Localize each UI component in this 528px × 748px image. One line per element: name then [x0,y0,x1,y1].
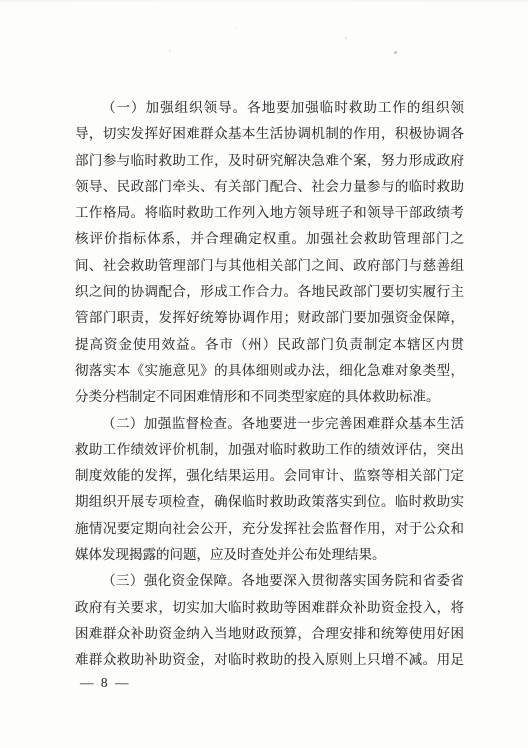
text-line: 导，切实发挥好困难群众基本生活协调机制的作用，积极协调各 [75,121,464,147]
scan-speck [169,50,171,52]
scan-speck [394,51,397,54]
text-line: 期组织开展专项检查，确保临时救助政策落实到位。临时救助实 [75,489,464,515]
text-line: 领导、民政部门牵头、有关部门配合、社会力量参与的临时救助 [75,174,464,200]
scan-speck [236,28,238,29]
text-line: 难群众救助补助资金，对临时救助的投入原则上只增不减。用足 [75,647,464,673]
scanned-document-page: （一）加强组织领导。各地要加强临时救助工作的组织领导，切实发挥好困难群众基本生活… [0,0,528,748]
text-line: 管部门职责，发挥好统筹协调作用；财政部门要加强资金保障， [75,305,464,331]
text-line: 施情况要定期向社会公开，充分发挥社会监督作用，对于公众和 [75,516,464,542]
text-line: 彻落实本《实施意见》的具体细则或办法，细化急难对象类型， [75,358,464,384]
text-line: 困难群众补助资金纳入当地财政预算，合理安排和统筹使用好困 [75,621,464,647]
text-line: 制度效能的发挥，强化结果运用。会同审计、监察等相关部门定 [75,463,464,489]
scan-edge-artifact [0,0,528,2]
text-line: 间、社会救助管理部门与其他相关部门之间、政府部门与慈善组 [75,253,464,279]
scan-speck [345,37,347,39]
text-line: 核评价指标体系，并合理确定权重。加强社会救助管理部门之 [75,226,464,252]
text-line: 媒体发现揭露的问题，应及时查处并公布处理结果。 [75,542,464,568]
document-text: （一）加强组织领导。各地要加强临时救助工作的组织领导，切实发挥好困难群众基本生活… [75,95,464,674]
text-line: （三）强化资金保障。各地要深入贯彻落实国务院和省委省 [75,568,464,594]
text-line: （一）加强组织领导。各地要加强临时救助工作的组织领 [75,95,464,121]
text-line: 工作格局。将临时救助工作列入地方领导班子和领导干部政绩考 [75,200,464,226]
text-line: 救助工作绩效评价机制，加强对临时救助工作的绩效评估，突出 [75,437,464,463]
text-line: 分类分档制定不同困难情形和不同类型家庭的具体救助标准。 [75,384,464,410]
page-number: — 8 — [80,674,131,692]
text-line: 部门参与临时救助工作，及时研究解决急难个案，努力形成政府 [75,148,464,174]
text-line: 提高资金使用效益。各市（州）民政部门负责制定本辖区内贯 [75,332,464,358]
text-line: 政府有关要求，切实加大临时救助等困难群众补助资金投入，将 [75,595,464,621]
text-line: 织之间的协调配合，形成工作合力。各地民政部门要切实履行主 [75,279,464,305]
text-line: （二）加强监督检查。各地要进一步完善困难群众基本生活 [75,411,464,437]
